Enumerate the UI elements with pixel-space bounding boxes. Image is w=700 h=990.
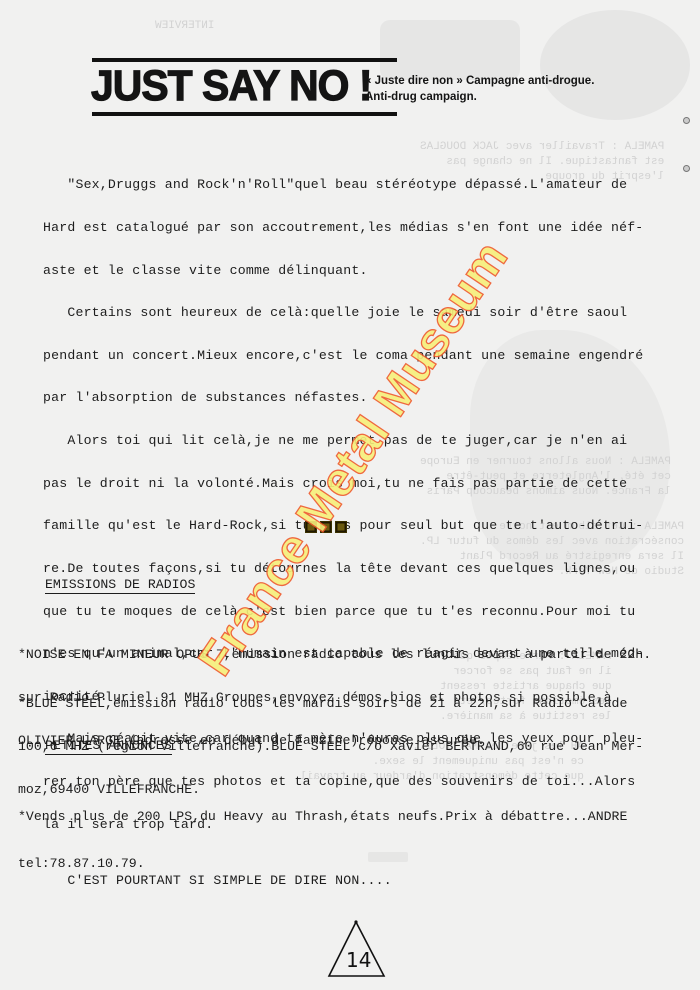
classified-ad-line: tel:78.87.10.79.	[18, 857, 698, 871]
headline: JUST SAY NO !	[91, 62, 372, 111]
article-line: que tu te moques de celà,c'est bien parc…	[43, 605, 683, 619]
article-line: re.De toutes façons,si tu détournes la t…	[43, 562, 683, 576]
square-bullet-icon	[320, 521, 332, 533]
article-line: Alors toi qui lit celà,je ne me permet p…	[43, 434, 683, 448]
article-line: pendant un concert.Mieux encore,c'est le…	[43, 349, 683, 363]
punch-hole-mark	[683, 117, 690, 124]
radio-entry-line: *NOISE EN FA MINEUR OPUS 7,émission radi…	[18, 648, 698, 662]
subtitle-english: Anti-drug campaign.	[365, 89, 594, 105]
square-bullet-icon	[305, 521, 317, 533]
headline-subtitle: « Juste dire non » Campagne anti-drogue.…	[365, 73, 594, 105]
classified-ad-line: *Vends plus de 200 LPS,du Heavy au Thras…	[18, 810, 698, 824]
classified-ad: *Vends plus de 200 LPS,du Heavy au Thras…	[18, 782, 698, 885]
article-line: aste et le classe vite comme délinquant.	[43, 264, 683, 278]
bleed-through-logo	[380, 20, 520, 80]
article-line: famille qu'est le Hard-Rock,si tu n'as p…	[43, 519, 683, 533]
classifieds-section-title: PETITES ANNONCES	[45, 738, 172, 755]
radios-section-title: EMISSIONS DE RADIOS	[45, 577, 195, 594]
section-divider-ornament	[305, 521, 347, 533]
article-line: Certains sont heureux de celà:quelle joi…	[43, 306, 683, 320]
article-line: par l'absorption de substances néfastes.	[43, 391, 683, 405]
headline-rule-bottom	[92, 112, 397, 116]
bleed-through-text: INTERVIEW	[155, 20, 214, 32]
article-line: Hard est catalogué par son accoutrement,…	[43, 221, 683, 235]
subtitle-french: « Juste dire non » Campagne anti-drogue.	[365, 73, 594, 89]
page-number-badge: 14	[326, 918, 390, 980]
page-number: 14	[346, 948, 371, 972]
square-bullet-icon	[335, 521, 347, 533]
article-line: "Sex,Druggs and Rock'n'Roll"quel beau st…	[43, 178, 683, 192]
punch-hole-mark	[683, 165, 690, 172]
article-line: pas le droit ni la volonté.Mais crois mo…	[43, 477, 683, 491]
radio-entry-line: *BLUE STEEL,émission radio tous les mard…	[18, 697, 698, 711]
